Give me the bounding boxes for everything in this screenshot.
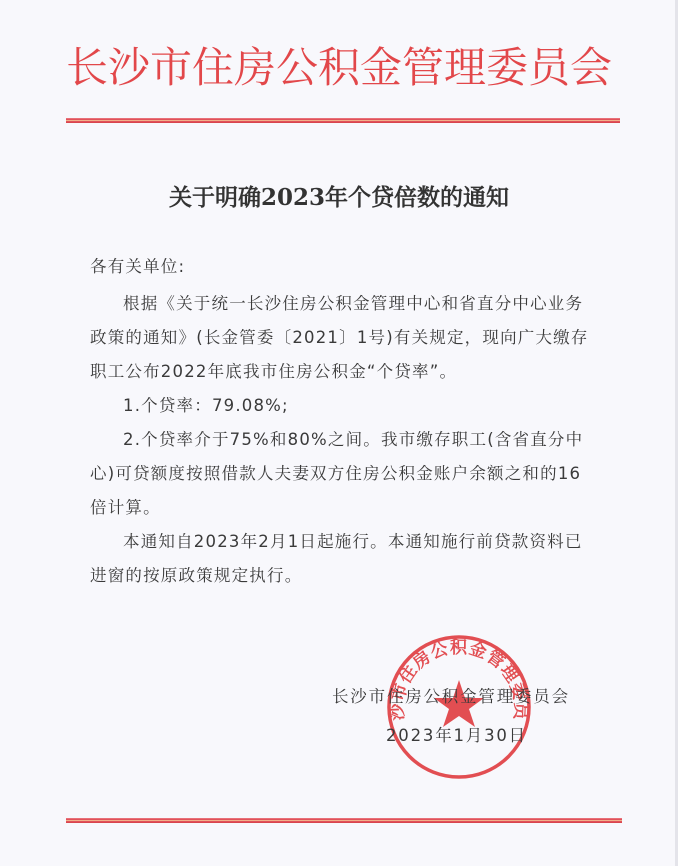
document-title: 关于明确2023年个贷倍数的通知	[0, 180, 678, 216]
official-seal-icon: 长沙市住房公积金管理委员会	[384, 632, 534, 782]
signature-date: 2023年1月30日	[386, 722, 527, 746]
paragraph-item-2: 2.个贷率介于75%和80%之间。我市缴存职工(含省直分中心)可贷额度按照借款人…	[90, 423, 590, 525]
signature-organization: 长沙市住房公积金管理委员会	[332, 683, 570, 707]
paragraph-basis: 根据《关于统一长沙住房公积金管理中心和省直分中心业务政策的通知》(长金管委〔20…	[90, 287, 590, 389]
document-body: 根据《关于统一长沙住房公积金管理中心和省直分中心业务政策的通知》(长金管委〔20…	[90, 287, 590, 593]
paragraph-effective-date: 本通知自2023年2月1日起施行。本通知施行前贷款资料已进窗的按原政策规定执行。	[90, 525, 590, 593]
org-letterhead-title: 长沙市住房公积金管理委员会	[0, 42, 678, 94]
paragraph-item-1: 1.个贷率：79.08%;	[90, 389, 590, 423]
footer-red-rule	[66, 818, 622, 823]
salutation: 各有关单位:	[90, 250, 590, 284]
letterhead-red-rule	[66, 118, 620, 123]
document-page: 长沙市住房公积金管理委员会 关于明确2023年个贷倍数的通知 各有关单位: 根据…	[0, 0, 678, 866]
